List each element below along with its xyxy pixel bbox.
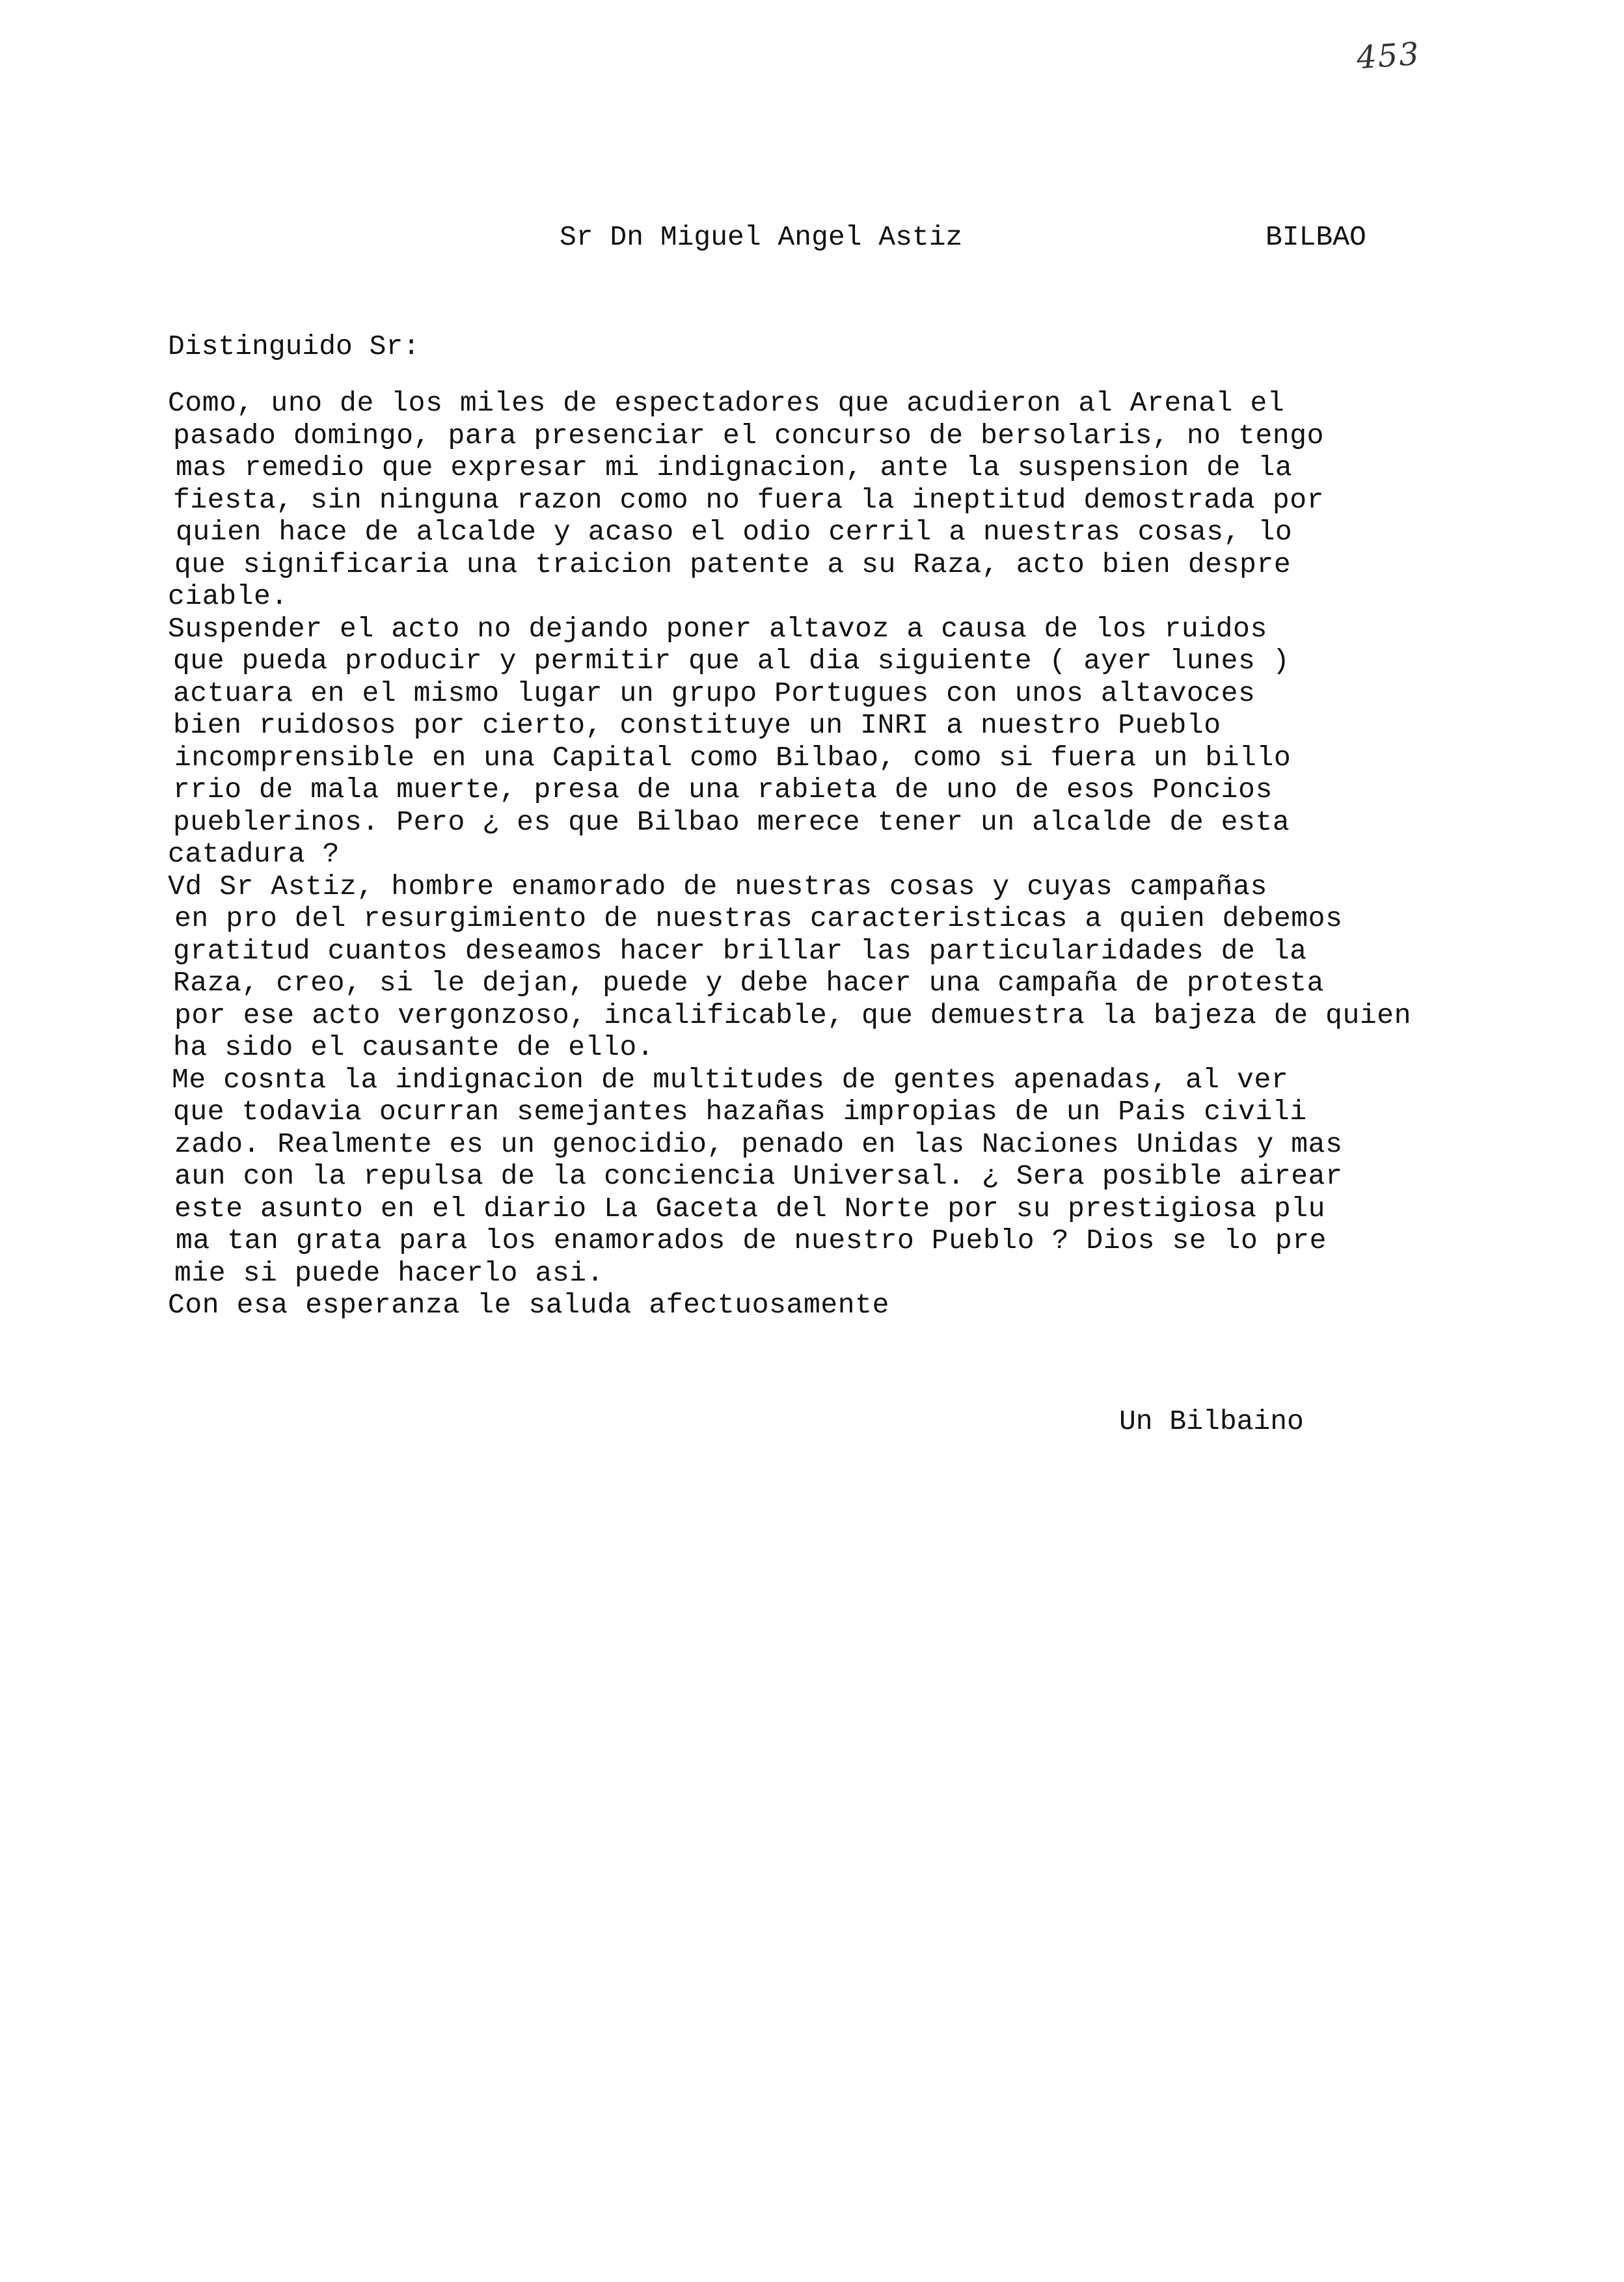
letter-line: incomprensible en una Capital como Bilba… (168, 742, 1599, 774)
letter-line: mie si puede hacerlo asi. (168, 1257, 1599, 1290)
letter-line: gratitud cuantos deseamos hacer brillar … (168, 935, 1599, 968)
letter-line: que todavia ocurran semejantes hazañas i… (168, 1096, 1599, 1128)
addressee-name: Sr Dn Miguel Angel Astiz (560, 221, 962, 253)
letter-line: pasado domingo, para presenciar el concu… (168, 420, 1599, 452)
letter-line: Como, uno de los miles de espectadores q… (168, 387, 1599, 420)
letter-line: zado. Realmente es un genocidio, penado … (168, 1128, 1599, 1161)
signature: Un Bilbaino (1119, 1406, 1304, 1437)
letter-line: fiesta, sin ninguna razon como no fuera … (168, 484, 1599, 517)
letter-line: ma tan grata para los enamorados de nues… (168, 1225, 1599, 1257)
letter-line: bien ruidosos por cierto, constituye un … (168, 709, 1599, 742)
letter-line: mas remedio que expresar mi indignacion,… (168, 452, 1599, 484)
addressee-city: BILBAO (1265, 221, 1366, 253)
salutation: Distinguido Sr: (168, 331, 420, 362)
letter-line: Con esa esperanza le saluda afectuosamen… (168, 1289, 1599, 1322)
letter-line: quien hace de alcalde y acaso el odio ce… (168, 516, 1599, 549)
letter-line: que significaria una traicion patente a … (168, 549, 1599, 581)
addressee-line: Sr Dn Miguel Angel Astiz BILBAO (560, 221, 1536, 349)
letter-line: catadura ? (168, 838, 1599, 871)
letter-line: Raza, creo, si le dejan, puede y debe ha… (168, 967, 1599, 999)
letter-line: rrio de mala muerte, presa de una rabiet… (168, 774, 1599, 806)
letter-line: en pro del resurgimiento de nuestras car… (168, 903, 1599, 935)
letter-line: Suspender el acto no dejando poner altav… (168, 613, 1599, 645)
letter-line: actuara en el mismo lugar un grupo Portu… (168, 677, 1599, 710)
letter-line: que pueda producir y permitir que al dia… (168, 645, 1599, 677)
letter-line: Me cosnta la indignacion de multitudes d… (168, 1064, 1599, 1096)
letter-line: Vd Sr Astiz, hombre enamorado de nuestra… (168, 871, 1599, 903)
letter-line: este asunto en el diario La Gaceta del N… (168, 1193, 1599, 1225)
letter-line: ciable. (168, 580, 1599, 613)
letter-line: aun con la repulsa de la conciencia Univ… (168, 1160, 1599, 1193)
letter-line: ha sido el causante de ello. (168, 1031, 1599, 1064)
letter-line: por ese acto vergonzoso, incalificable, … (168, 999, 1599, 1032)
page-number: 453 (1355, 36, 1421, 77)
letter-line: pueblerinos. Pero ¿ es que Bilbao merece… (168, 806, 1599, 839)
letter-body: Como, uno de los miles de espectadores q… (168, 387, 1599, 1322)
